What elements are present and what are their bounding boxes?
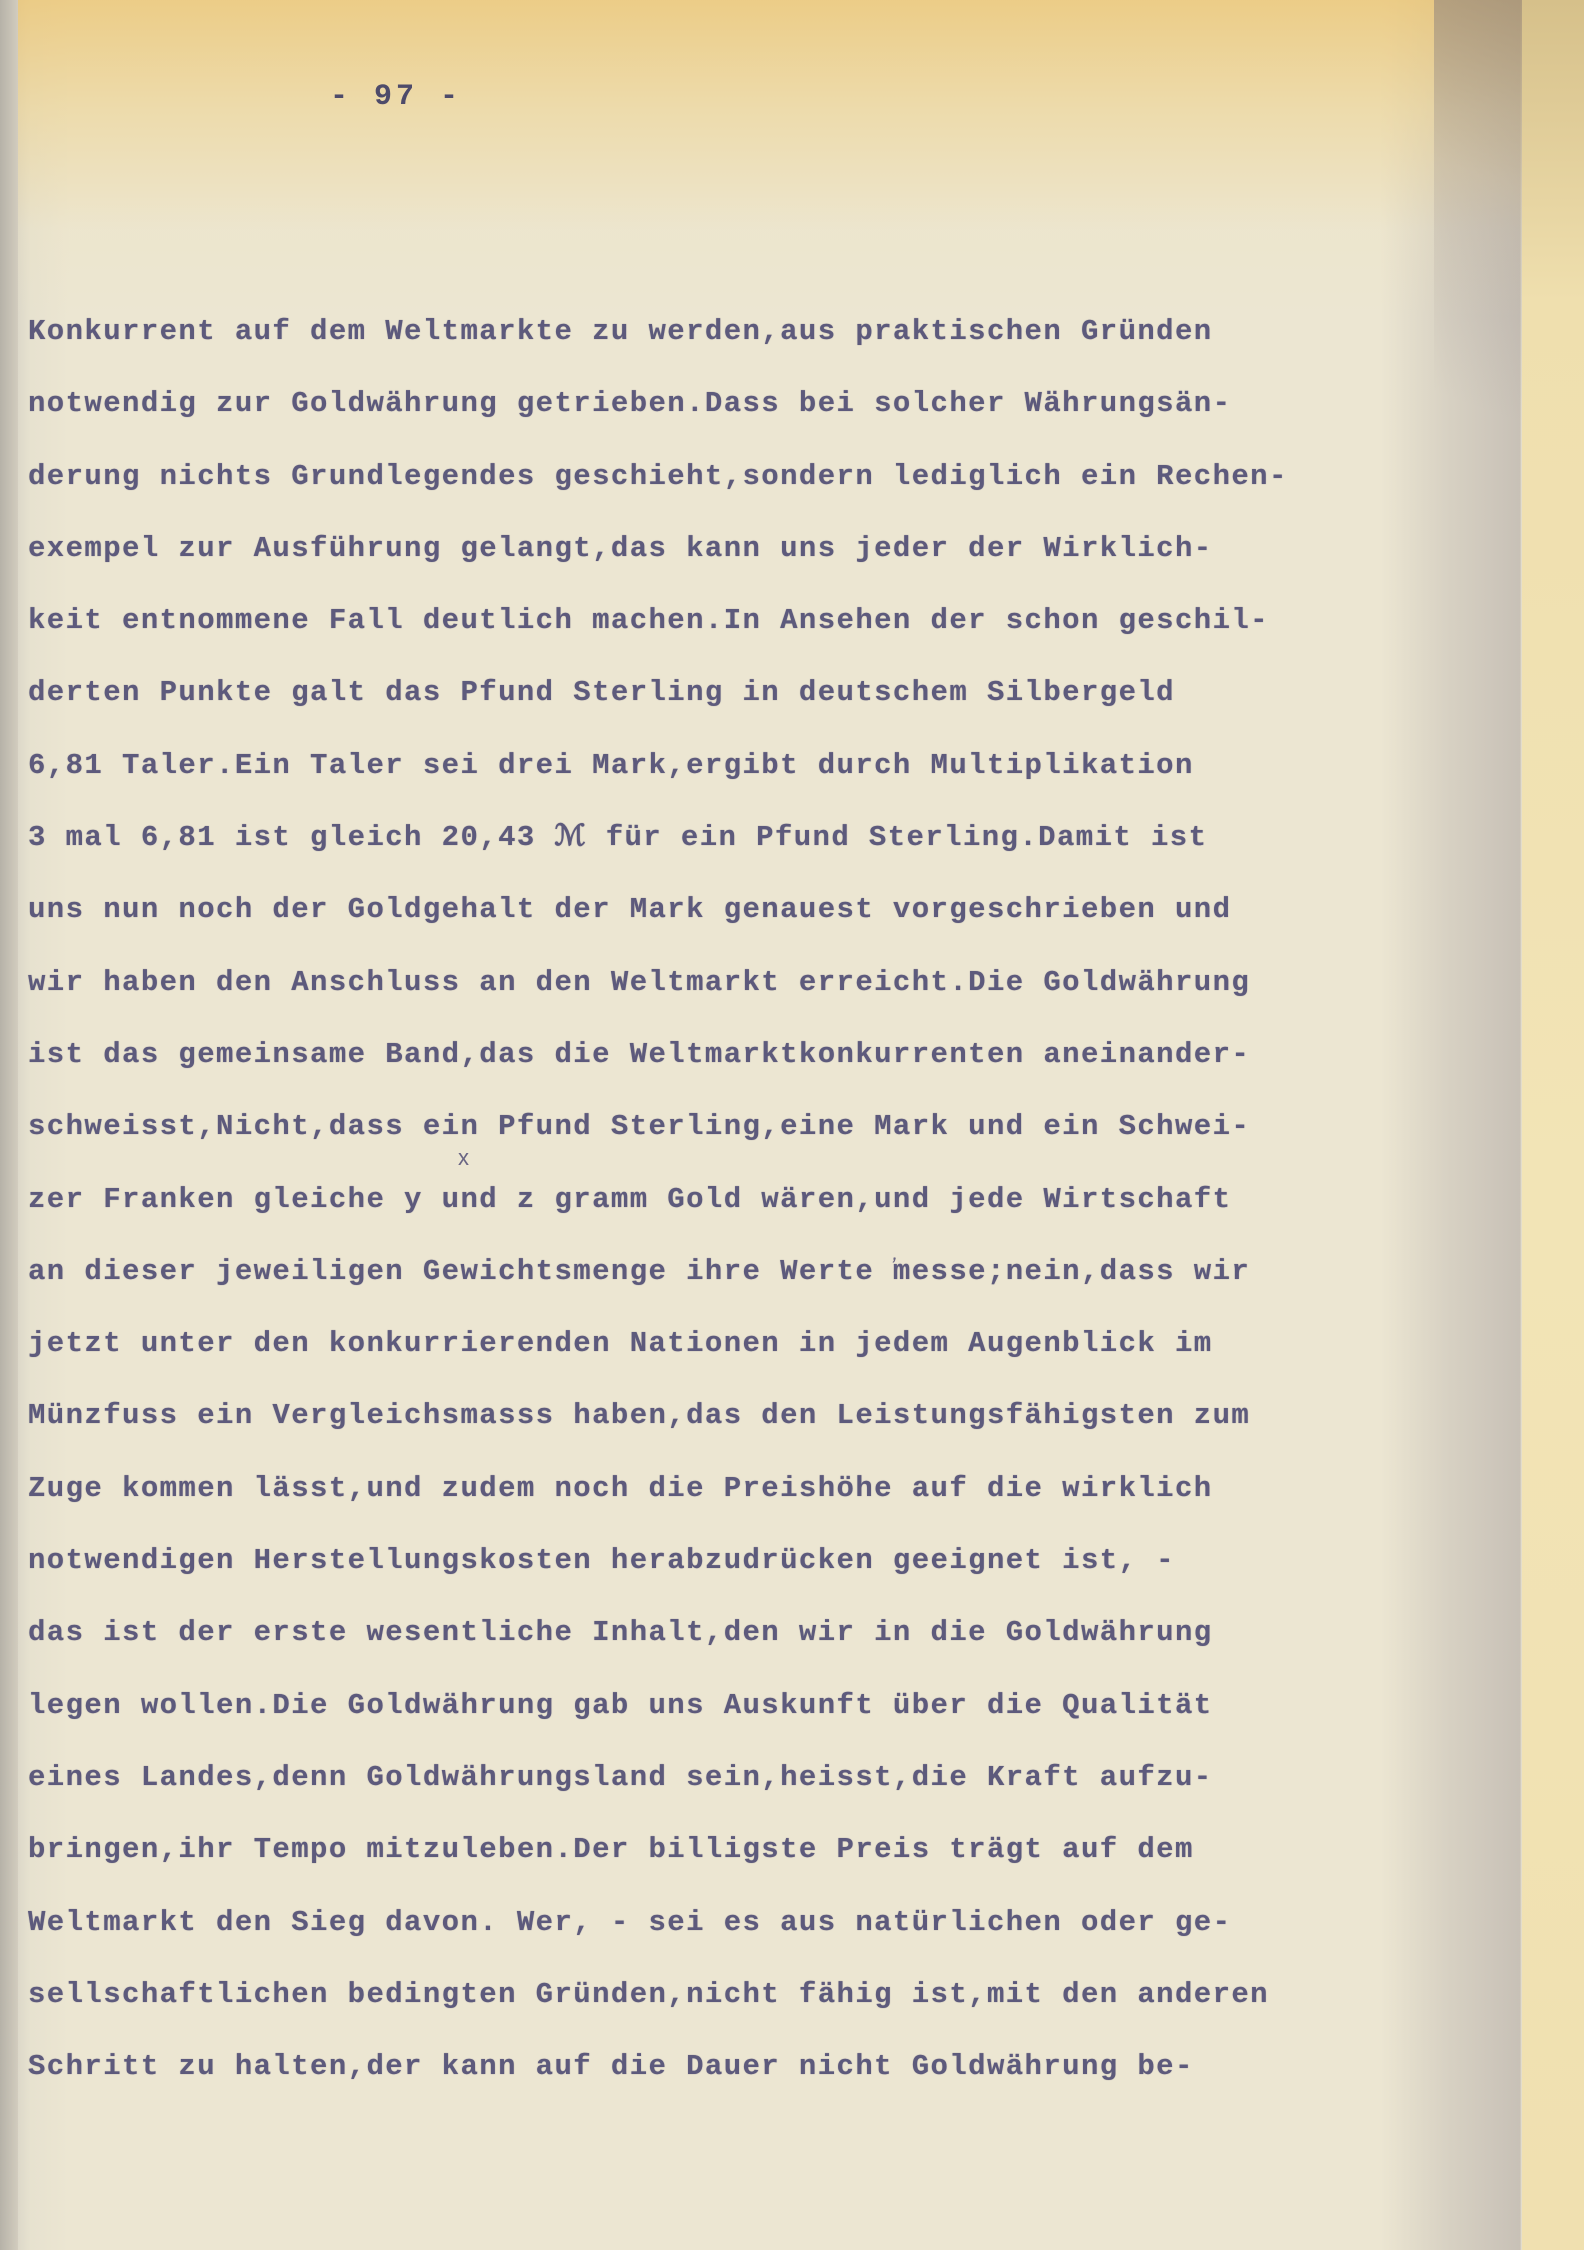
- text-line: derung nichts Grundlegendes geschieht,so…: [28, 441, 1528, 513]
- page-number: - 97 -: [330, 80, 462, 114]
- text-line: an dieser jeweiligen Gewichtsmenge ihre …: [28, 1236, 1528, 1308]
- text-line: bringen,ihr Tempo mitzuleben.Der billigs…: [28, 1814, 1528, 1886]
- text-line: zer Franken gleiche y und z gramm Gold w…: [28, 1164, 1528, 1236]
- text-line: schweisst,Nicht,dass ein Pfund Sterling,…: [28, 1091, 1528, 1163]
- text-line: jetzt unter den konkurrierenden Nationen…: [28, 1308, 1528, 1380]
- text-line: wir haben den Anschluss an den Weltmarkt…: [28, 947, 1528, 1019]
- text-line: keit entnommene Fall deutlich machen.In …: [28, 585, 1528, 657]
- text-line: notwendig zur Goldwährung getrieben.Dass…: [28, 368, 1528, 440]
- text-line: 3 mal 6,81 ist gleich 20,43 ℳ für ein Pf…: [28, 802, 1528, 874]
- text-line: notwendigen Herstellungskosten herabzudr…: [28, 1525, 1528, 1597]
- text-line: eines Landes,denn Goldwährungsland sein,…: [28, 1742, 1528, 1814]
- text-line: legen wollen.Die Goldwährung gab uns Aus…: [28, 1670, 1528, 1742]
- text-line: 6,81 Taler.Ein Taler sei drei Mark,ergib…: [28, 730, 1528, 802]
- text-line: derten Punkte galt das Pfund Sterling in…: [28, 657, 1528, 729]
- handwritten-insertion-mark: x: [458, 1145, 469, 1171]
- page-left-edge-shadow: [0, 0, 18, 2250]
- typewritten-body: Konkurrent auf dem Weltmarkte zu werden,…: [28, 296, 1528, 2103]
- text-line: ist das gemeinsame Band,das die Weltmark…: [28, 1019, 1528, 1091]
- text-line: Zuge kommen lässt,und zudem noch die Pre…: [28, 1453, 1528, 1525]
- text-line: Schritt zu halten,der kann auf die Dauer…: [28, 2031, 1528, 2103]
- text-line: Konkurrent auf dem Weltmarkte zu werden,…: [28, 296, 1528, 368]
- page-right-edge: [1522, 0, 1584, 2250]
- text-line: Weltmarkt den Sieg davon. Wer, - sei es …: [28, 1887, 1528, 1959]
- text-line: sellschaftlichen bedingten Gründen,nicht…: [28, 1959, 1528, 2031]
- text-line: das ist der erste wesentliche Inhalt,den…: [28, 1597, 1528, 1669]
- text-line: exempel zur Ausführung gelangt,das kann …: [28, 513, 1528, 585]
- text-line: Münzfuss ein Vergleichsmasss haben,das d…: [28, 1380, 1528, 1452]
- text-line: uns nun noch der Goldgehalt der Mark gen…: [28, 874, 1528, 946]
